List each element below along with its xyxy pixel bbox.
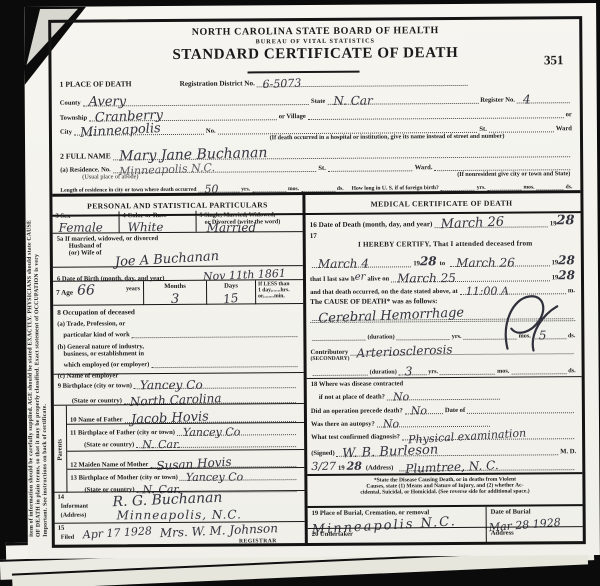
test-label: What test confirmed diagnosis? [311,433,400,441]
undertaker-row: 20 Undertaker Address [308,526,583,544]
footnote-line: cidental, Suicidal, or Homicidal. (See r… [313,488,576,496]
age-label: 7 Age [53,287,73,297]
father-bp-label: 11 Birthplace of Father (city or town) [70,429,175,437]
sex-label: 3 Sex [53,211,119,219]
mother-name-label: 12 Maiden Name of Mother [70,461,148,469]
mos-label: mos. [497,368,509,375]
duration-label: (duration) [367,333,394,340]
father-bp-state-value: N. Car. [142,439,181,450]
full-name-label: 2 FULL NAME [60,151,111,160]
certificate-number: 351 [544,52,564,68]
no-label: No. [206,128,216,135]
registration-district-row: Registration District No. 6-5073 [180,72,470,88]
years-label: years [126,285,140,292]
attended-from-year: 28 [420,255,437,267]
margin-line: Important. See instructions on back of c… [42,404,49,537]
scanned-death-certificate: item of information should be carefully … [0,0,600,586]
father-name-row: 10 Name of Father Jacob Hovis [67,404,304,424]
informant-row: 14 Informant (Address) R. G. Buchanan Mi… [54,490,304,524]
race-label: 4 Color or Race [120,211,196,220]
burial-date-label: Date of Burial [487,506,583,516]
township-label: Township [60,115,87,122]
abode-note: (Usual place of abode) [82,173,138,180]
ds-label: ds. [568,367,575,374]
mos-label: mos. [519,332,531,339]
nonresident-note: (If nonresident give city or town and St… [457,170,570,178]
duration-label: (duration) [370,368,397,375]
place-of-death-label: 1 PLACE OF DEATH [60,79,132,89]
signed-label: (Signed) [311,450,335,457]
state-label: State [311,98,325,105]
test-row: What test confirmed diagnosis? Physical … [311,426,576,441]
cause-duration-row: (duration) yrs. mos. 5 ds. [310,326,575,341]
q18-label: 18 Where was disease contracted [311,380,403,388]
occupation-block: 8 Occupation of deceased (a) Trade, Prof… [53,303,303,375]
undertaker-address-label: Address [487,527,583,537]
st-label: St. [479,126,487,133]
last-saw-year: 28 [558,269,575,281]
contributory-duration-years: 3 [405,365,413,377]
days-label: Days [207,280,255,289]
attended-from-row: March 4 1928 to March 26 1928 [310,251,575,268]
secondary-label: (SECONDARY) [311,356,350,362]
address-paren-label: (Address) [366,464,393,471]
mother-name-row: 12 Maiden Name of Mother Susan Hovis [67,449,304,469]
sign-date-address-row: 3/27 1928 (Address) Plumtree, N. C. [311,456,576,472]
operation-label: Did an operation precede death? [311,407,403,415]
certificate-form: NORTH CAROLINA STATE BOARD OF HEALTH BUR… [48,16,586,548]
footnote: *State the Disease Causing Death, or in … [313,476,576,496]
mother-bp-label: 13 Birthplace of Mother (city or town) [70,474,177,482]
informant-address-value: Minneapolis, N.C. [117,508,242,521]
margin-line: OF DEATH in plain terms, so that it may … [34,254,42,537]
certificate-title: STANDARD CERTIFICATE OF DEATH [51,44,579,65]
medical-section-header: MEDICAL CERTIFICATE OF DEATH [302,198,580,209]
burial-label: 19 Place of Burial, Cremation, or remova… [308,507,486,517]
if-less-label3: or........min. [258,293,303,299]
date-of-death-value: March 26 [440,216,504,232]
birthplace-label: 9 Birthplace (city or town) [58,382,132,390]
state-country-label: (State or country) [84,441,134,448]
city-label: City [60,129,72,136]
birthplace-value: Yancey Co [140,379,203,391]
date-of-label: Date of [445,407,465,414]
date-of-death-label: 16 Date of Death (month, day, and year) [310,220,433,229]
q18-row: if not at place of death? No [319,388,502,401]
operation-row: Did an operation precede death? No Date … [311,401,576,415]
sign-date-value: 3/27 [311,461,336,472]
personal-column: 3 Sex Female 4 Color or Race White 5 Sin… [53,210,305,545]
age-row: 7 Age 66 years Months 3 Days 15 If LESS … [53,279,303,306]
or-village-label: or Village [279,113,306,120]
birthplace-row: 9 Birthplace (city or town) Yancey Co (S… [54,372,304,406]
filed-row: 15 Filed Apr 17 1928 Mrs. W. M. Johnson … [55,521,305,546]
yrs-label: yrs. [428,368,438,375]
to-label: to [440,260,446,267]
parents-side-label: Parents [57,438,64,460]
personal-section-header: PERSONAL AND STATISTICAL PARTICULARS [52,200,302,211]
signed-row: (Signed) W. B. Burleson M. D. [311,440,576,457]
months-label: Months [144,281,206,290]
registrar-label: REGISTRAR [239,538,277,544]
residence-st-label: St. [318,165,326,172]
register-no-label: Register No. [480,97,515,104]
attended-to-year: 28 [558,254,575,266]
section18-divider [307,376,582,379]
md-label: M. D. [560,448,576,455]
date-of-death-row: 16 Date of Death (month, day, and year) … [310,210,575,229]
occupation-b-label3: which employed (or employer) [64,361,150,369]
occupation-a-label2: particular kind of work [63,331,129,338]
her-value: er [355,273,366,283]
hospital-note: (If death occurred in a hospital or inst… [202,132,572,142]
reg-district-label: Registration District No. [180,79,255,88]
q18-label2: if not at place of death? [319,393,385,400]
certificate-paper: item of information should be carefully … [24,3,600,559]
medical-column: 16 Date of Death (month, day, and year) … [306,208,583,543]
parents-block: Parents 10 Name of Father Jacob Hovis 11… [54,403,305,493]
contributory-duration-row: (duration) 3 yrs. mos. ds. [311,361,576,376]
contributory-row: Contributory Arteriosclerosis [310,340,575,356]
sign-year-value: 28 [347,461,362,472]
undertaker-label: 20 Undertaker [308,528,486,538]
sex-race-marital-row: 3 Sex Female 4 Color or Race White 5 Sin… [53,210,303,233]
residence-ward-label: Ward. [415,164,433,171]
certify-number: 17 [310,232,317,240]
father-name-label: 10 Name of Father [70,416,123,423]
left-margin-instructions: item of information should be carefully … [25,67,50,537]
death-occurred-label: and that death occurred, on the date sta… [310,288,458,296]
city-value: Minneapolis [80,122,161,140]
ds-label: ds. [568,332,575,339]
yrs-label: yrs. [452,333,462,340]
county-label: County [60,100,81,107]
spouse-row: 5a If married, widowed, or divorced Husb… [53,231,303,268]
father-birthplace-row: 11 Birthplace of Father (city or town)Ya… [67,422,304,451]
year-prefix: 19 [338,465,345,472]
q18-value: No [393,391,409,402]
or-word: or [566,111,572,118]
contributory-value: Arteriosclerosis [356,343,452,359]
age-years-value: 66 [77,284,95,298]
date-of-death-year: 28 [556,214,574,227]
certify-statement: I HEREBY CERTIFY, That I attended deceas… [316,239,575,249]
